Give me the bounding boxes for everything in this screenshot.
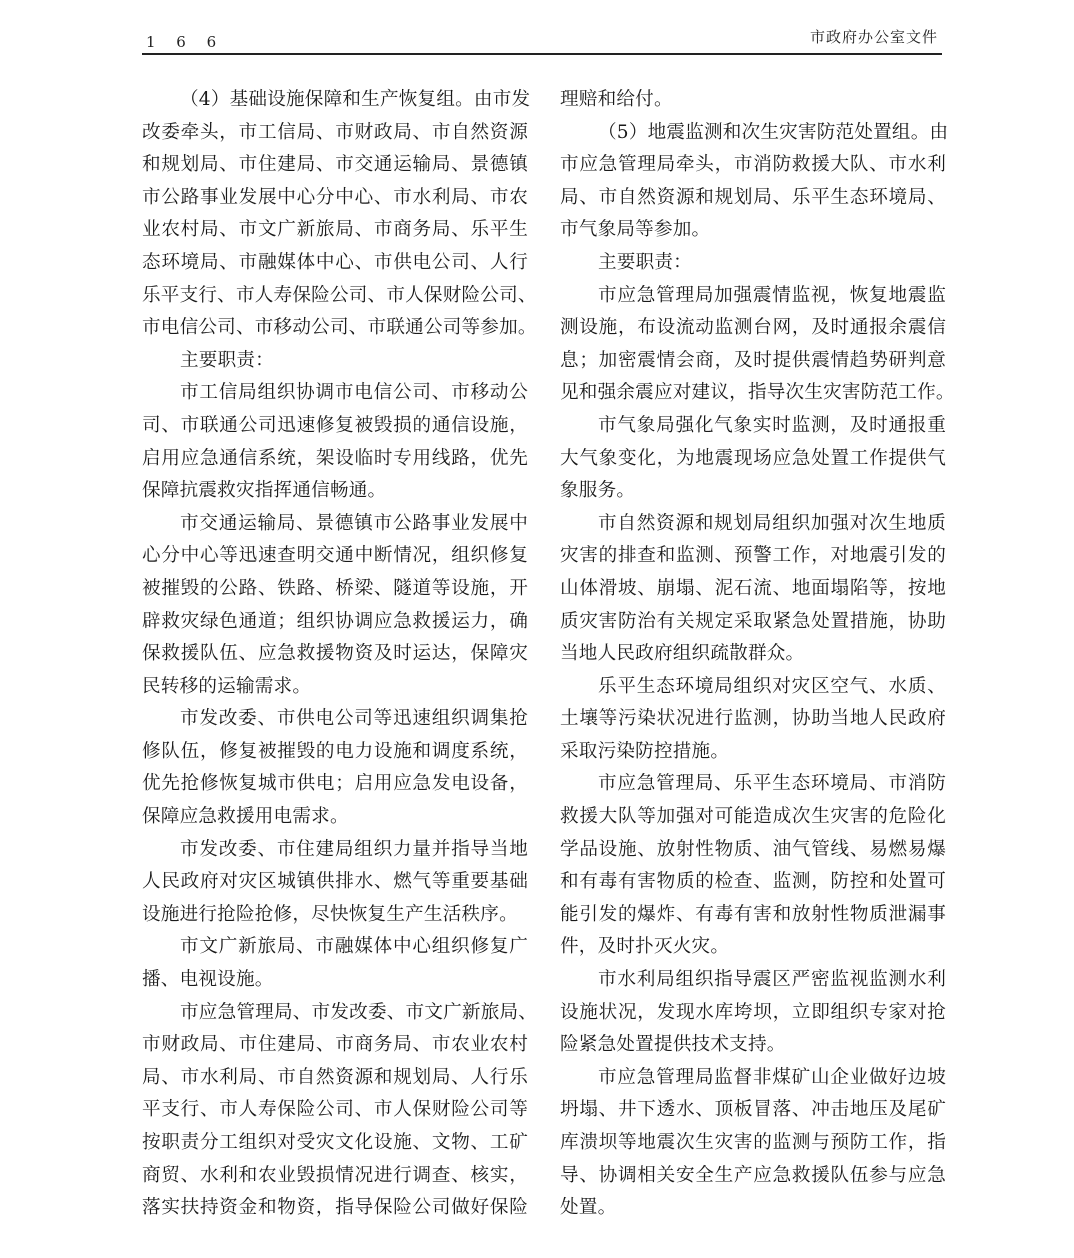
- text-line: 修队伍，修复被摧毁的电力设施和调度系统，: [142, 736, 528, 769]
- text-line: 险紧急处置提供技术支持。: [560, 1029, 946, 1062]
- text-line: 导、协调相关安全生产应急救援队伍参与应急: [560, 1160, 946, 1193]
- text-line: 保救援队伍、应急救援物资及时运达，保障灾: [142, 638, 528, 671]
- text-line: 市水利局组织指导震区严密监视监测水利: [560, 964, 946, 997]
- text-line: 市应急管理局、市发改委、市文广新旅局、: [142, 997, 528, 1030]
- left-column: （4）基础设施保障和生产恢复组。由市发改委牵头，市工信局、市财政局、市自然资源和…: [142, 84, 528, 1225]
- text-line: 乐平生态环境局组织对灾区空气、水质、: [560, 671, 946, 704]
- text-line: 库溃坝等地震次生灾害的监测与预防工作，指: [560, 1127, 946, 1160]
- text-line: 优先抢修恢复城市供电；启用应急发电设备，: [142, 768, 528, 801]
- text-line: 设施进行抢险抢修，尽快恢复生产生活秩序。: [142, 899, 528, 932]
- text-line: 保障抗震救灾指挥通信畅通。: [142, 475, 528, 508]
- text-line: 土壤等污染状况进行监测，协助当地人民政府: [560, 703, 946, 736]
- text-line: 播、电视设施。: [142, 964, 528, 997]
- text-line: 乐平支行、市人寿保险公司、市人保财险公司、: [142, 280, 528, 313]
- text-line: （4）基础设施保障和生产恢复组。由市发: [142, 84, 528, 117]
- text-line: 市工信局组织协调市电信公司、市移动公: [142, 377, 528, 410]
- text-line: 大气象变化，为地震现场应急处置工作提供气: [560, 443, 946, 476]
- text-line: 山体滑坡、崩塌、泥石流、地面塌陷等，按地: [560, 573, 946, 606]
- text-line: 心分中心等迅速查明交通中断情况，组织修复: [142, 540, 528, 573]
- text-line: 市发改委、市供电公司等迅速组织调集抢: [142, 703, 528, 736]
- page-number: 1 6 6: [146, 33, 224, 51]
- text-line: 启用应急通信系统，架设临时专用线路，优先: [142, 443, 528, 476]
- right-column: 理赔和给付。（5）地震监测和次生灾害防范处置组。由市应急管理局牵头，市消防救援大…: [560, 84, 946, 1225]
- text-line: 被摧毁的公路、铁路、桥梁、隧道等设施，开: [142, 573, 528, 606]
- text-line: 市电信公司、市移动公司、市联通公司等参加。: [142, 312, 528, 345]
- text-line: 质灾害防治有关规定采取紧急处置措施，协助: [560, 606, 946, 639]
- text-line: 救援大队等加强对可能造成次生灾害的危险化: [560, 801, 946, 834]
- text-line: 市应急管理局牵头，市消防救援大队、市水利: [560, 149, 946, 182]
- text-line: 能引发的爆炸、有毒有害和放射性物质泄漏事: [560, 899, 946, 932]
- text-line: 市应急管理局加强震情监视，恢复地震监: [560, 280, 946, 313]
- text-line: 市应急管理局监督非煤矿山企业做好边坡: [560, 1062, 946, 1095]
- text-line: 理赔和给付。: [560, 84, 946, 117]
- text-line: 业农村局、市文广新旅局、市商务局、乐平生: [142, 214, 528, 247]
- text-line: 灾害的排查和监测、预警工作，对地震引发的: [560, 540, 946, 573]
- text-line: 当地人民政府组织疏散群众。: [560, 638, 946, 671]
- text-line: 市财政局、市住建局、市商务局、市农业农村: [142, 1029, 528, 1062]
- page-header: 1 6 6 市政府办公室文件: [142, 22, 942, 55]
- text-line: 和有毒有害物质的检查、监测，防控和处置可: [560, 866, 946, 899]
- text-line: 学品设施、放射性物质、油气管线、易燃易爆: [560, 834, 946, 867]
- text-line: 主要职责：: [560, 247, 946, 280]
- text-line: 民转移的运输需求。: [142, 671, 528, 704]
- text-line: 市文广新旅局、市融媒体中心组织修复广: [142, 931, 528, 964]
- text-line: 改委牵头，市工信局、市财政局、市自然资源: [142, 117, 528, 150]
- text-line: 设施状况，发现水库垮坝，立即组织专家对抢: [560, 997, 946, 1030]
- text-line: 市气象局强化气象实时监测，及时通报重: [560, 410, 946, 443]
- text-line: 局、市水利局、市自然资源和规划局、人行乐: [142, 1062, 528, 1095]
- text-line: 商贸、水利和农业毁损情况进行调查、核实，: [142, 1160, 528, 1193]
- text-line: 坍塌、井下透水、顶板冒落、冲击地压及尾矿: [560, 1094, 946, 1127]
- document-title: 市政府办公室文件: [810, 26, 938, 47]
- text-line: 落实扶持资金和物资，指导保险公司做好保险: [142, 1192, 528, 1225]
- text-line: 司、市联通公司迅速修复被毁损的通信设施，: [142, 410, 528, 443]
- text-line: 测设施，布设流动监测台网，及时通报余震信: [560, 312, 946, 345]
- text-line: 主要职责：: [142, 345, 528, 378]
- text-line: 和规划局、市住建局、市交通运输局、景德镇: [142, 149, 528, 182]
- text-line: 市发改委、市住建局组织力量并指导当地: [142, 834, 528, 867]
- text-line: 市公路事业发展中心分中心、市水利局、市农: [142, 182, 528, 215]
- text-line: 平支行、市人寿保险公司、市人保财险公司等: [142, 1094, 528, 1127]
- text-line: 采取污染防控措施。: [560, 736, 946, 769]
- text-line: 保障应急救援用电需求。: [142, 801, 528, 834]
- text-line: 按职责分工组织对受灾文化设施、文物、工矿: [142, 1127, 528, 1160]
- text-line: 息；加密震情会商，及时提供震情趋势研判意: [560, 345, 946, 378]
- text-line: 人民政府对灾区城镇供排水、燃气等重要基础: [142, 866, 528, 899]
- text-line: 局、市自然资源和规划局、乐平生态环境局、: [560, 182, 946, 215]
- text-line: 辟救灾绿色通道；组织协调应急救援运力，确: [142, 606, 528, 639]
- text-line: 市气象局等参加。: [560, 214, 946, 247]
- text-line: 态环境局、市融媒体中心、市供电公司、人行: [142, 247, 528, 280]
- text-line: 市自然资源和规划局组织加强对次生地质: [560, 508, 946, 541]
- text-line: 件，及时扑灭火灾。: [560, 931, 946, 964]
- text-line: 市应急管理局、乐平生态环境局、市消防: [560, 768, 946, 801]
- text-line: 象服务。: [560, 475, 946, 508]
- text-line: 市交通运输局、景德镇市公路事业发展中: [142, 508, 528, 541]
- text-line: （5）地震监测和次生灾害防范处置组。由: [560, 117, 946, 150]
- text-line: 处置。: [560, 1192, 946, 1225]
- text-line: 见和强余震应对建议，指导次生灾害防范工作。: [560, 377, 946, 410]
